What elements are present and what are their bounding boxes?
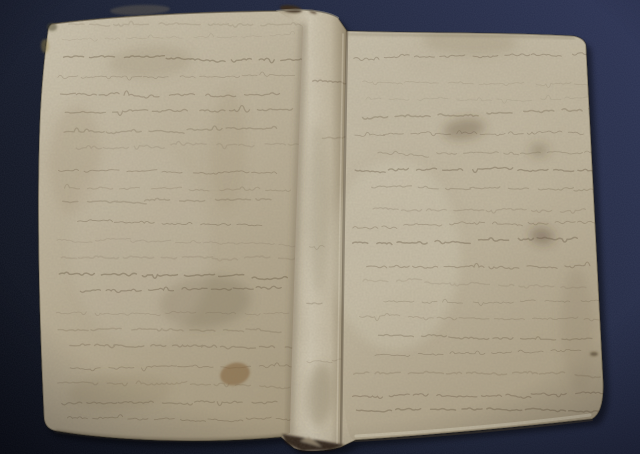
vellum-book-photograph [0,0,640,454]
photo-vignette [0,0,640,454]
photo-scene [0,0,640,454]
